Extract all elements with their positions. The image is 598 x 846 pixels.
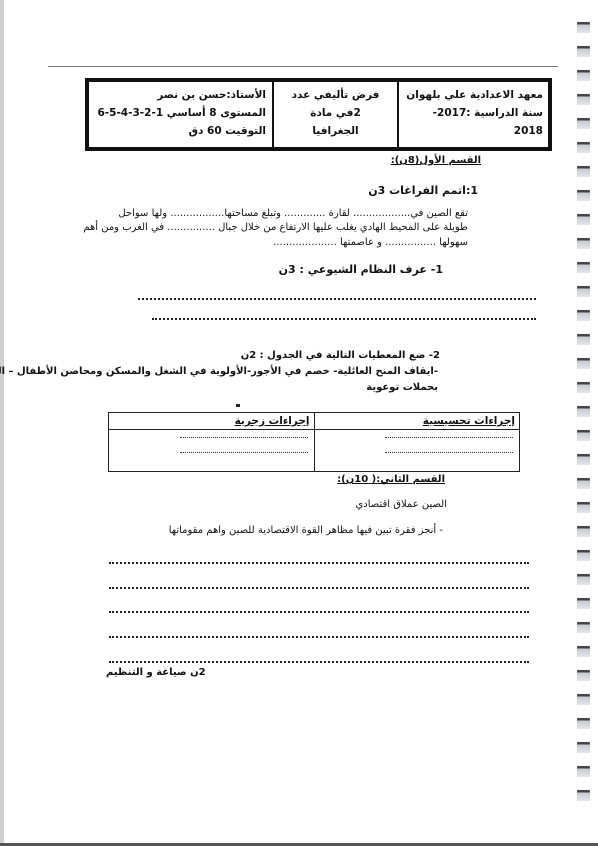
pencil-mark [236, 404, 240, 407]
header-awareness: إجراءات تحسيسية [315, 413, 520, 430]
col-deterrent: إجراءات زجرية [109, 413, 315, 471]
essay-line[interactable] [109, 611, 529, 613]
exam-header: معهد الاعدادية علي بلهوان سنة الدراسية :… [85, 78, 552, 151]
teacher-name: الأستاذ:حسن بن نصر [94, 86, 266, 104]
grading-note: 2ن صياغة و التنظيم [106, 667, 206, 678]
scan-rule [48, 66, 558, 67]
class-level: المستوى 8 أساسي 1-2-3-4-5-6 [94, 104, 266, 122]
section2-topic: الصين عملاق اقتصادي [355, 499, 447, 510]
cell-line[interactable] [385, 452, 513, 453]
classification-table: إجراءات تحسيسية إجراءات زجرية [108, 412, 520, 472]
answer-line[interactable] [138, 298, 536, 300]
answer-line[interactable] [152, 318, 536, 320]
q3-items-cont: بحملات توعوية [366, 382, 438, 393]
school-name: معهد الاعدادية علي بلهوان [405, 86, 543, 104]
q3-title: 2- ضع المعطيات التالية في الجدول : 2ن [241, 350, 440, 361]
q3-items: -ايقاف المنح العائلية- خصم في الأجور-الأ… [0, 366, 438, 377]
duration: التوقيت 60 دق [94, 122, 266, 140]
q2-title: 1- عرف النظام الشيوعي : 3ن [279, 263, 443, 276]
q1-line-1: تقع الصين في.................. لقارة ...… [118, 208, 468, 219]
q1-line-3: سهولها ................ و عاصمتها ......… [273, 237, 468, 248]
school-info: معهد الاعدادية علي بلهوان سنة الدراسية :… [399, 81, 549, 148]
header-deterrent: إجراءات زجرية [109, 413, 314, 430]
cell-line[interactable] [180, 437, 308, 438]
col-awareness: إجراءات تحسيسية [315, 413, 520, 471]
school-year: سنة الدراسية :2017-2018 [405, 104, 543, 140]
exam-subject: فرض تأليفي عدد 2في مادة الجغرافيا [274, 81, 399, 148]
q1-line-2: طويلة على المحيط الهادي يغلب عليها الارت… [83, 222, 468, 233]
page-left-edge [0, 0, 4, 846]
q1-title: 1:اتمم الفراغات 3ن [368, 184, 478, 197]
essay-line[interactable] [109, 587, 529, 589]
essay-line[interactable] [109, 562, 529, 564]
binder-rings [577, 22, 591, 814]
cell-line[interactable] [180, 452, 308, 453]
subject-name: الجغرافيا [280, 122, 391, 140]
section2-title: القسم الثاني:( 10ن): [337, 474, 445, 485]
teacher-info: الأستاذ:حسن بن نصر المستوى 8 أساسي 1-2-3… [88, 81, 274, 148]
section1-title: القسم الأول(8ن): [391, 155, 481, 166]
essay-line[interactable] [109, 636, 529, 638]
exam-type: فرض تأليفي عدد 2في مادة [280, 86, 391, 122]
section2-task: - أنجز فقرة تبين فيها مظاهر القوة الاقتص… [169, 525, 443, 536]
cell-line[interactable] [385, 437, 513, 438]
essay-line[interactable] [109, 661, 529, 663]
